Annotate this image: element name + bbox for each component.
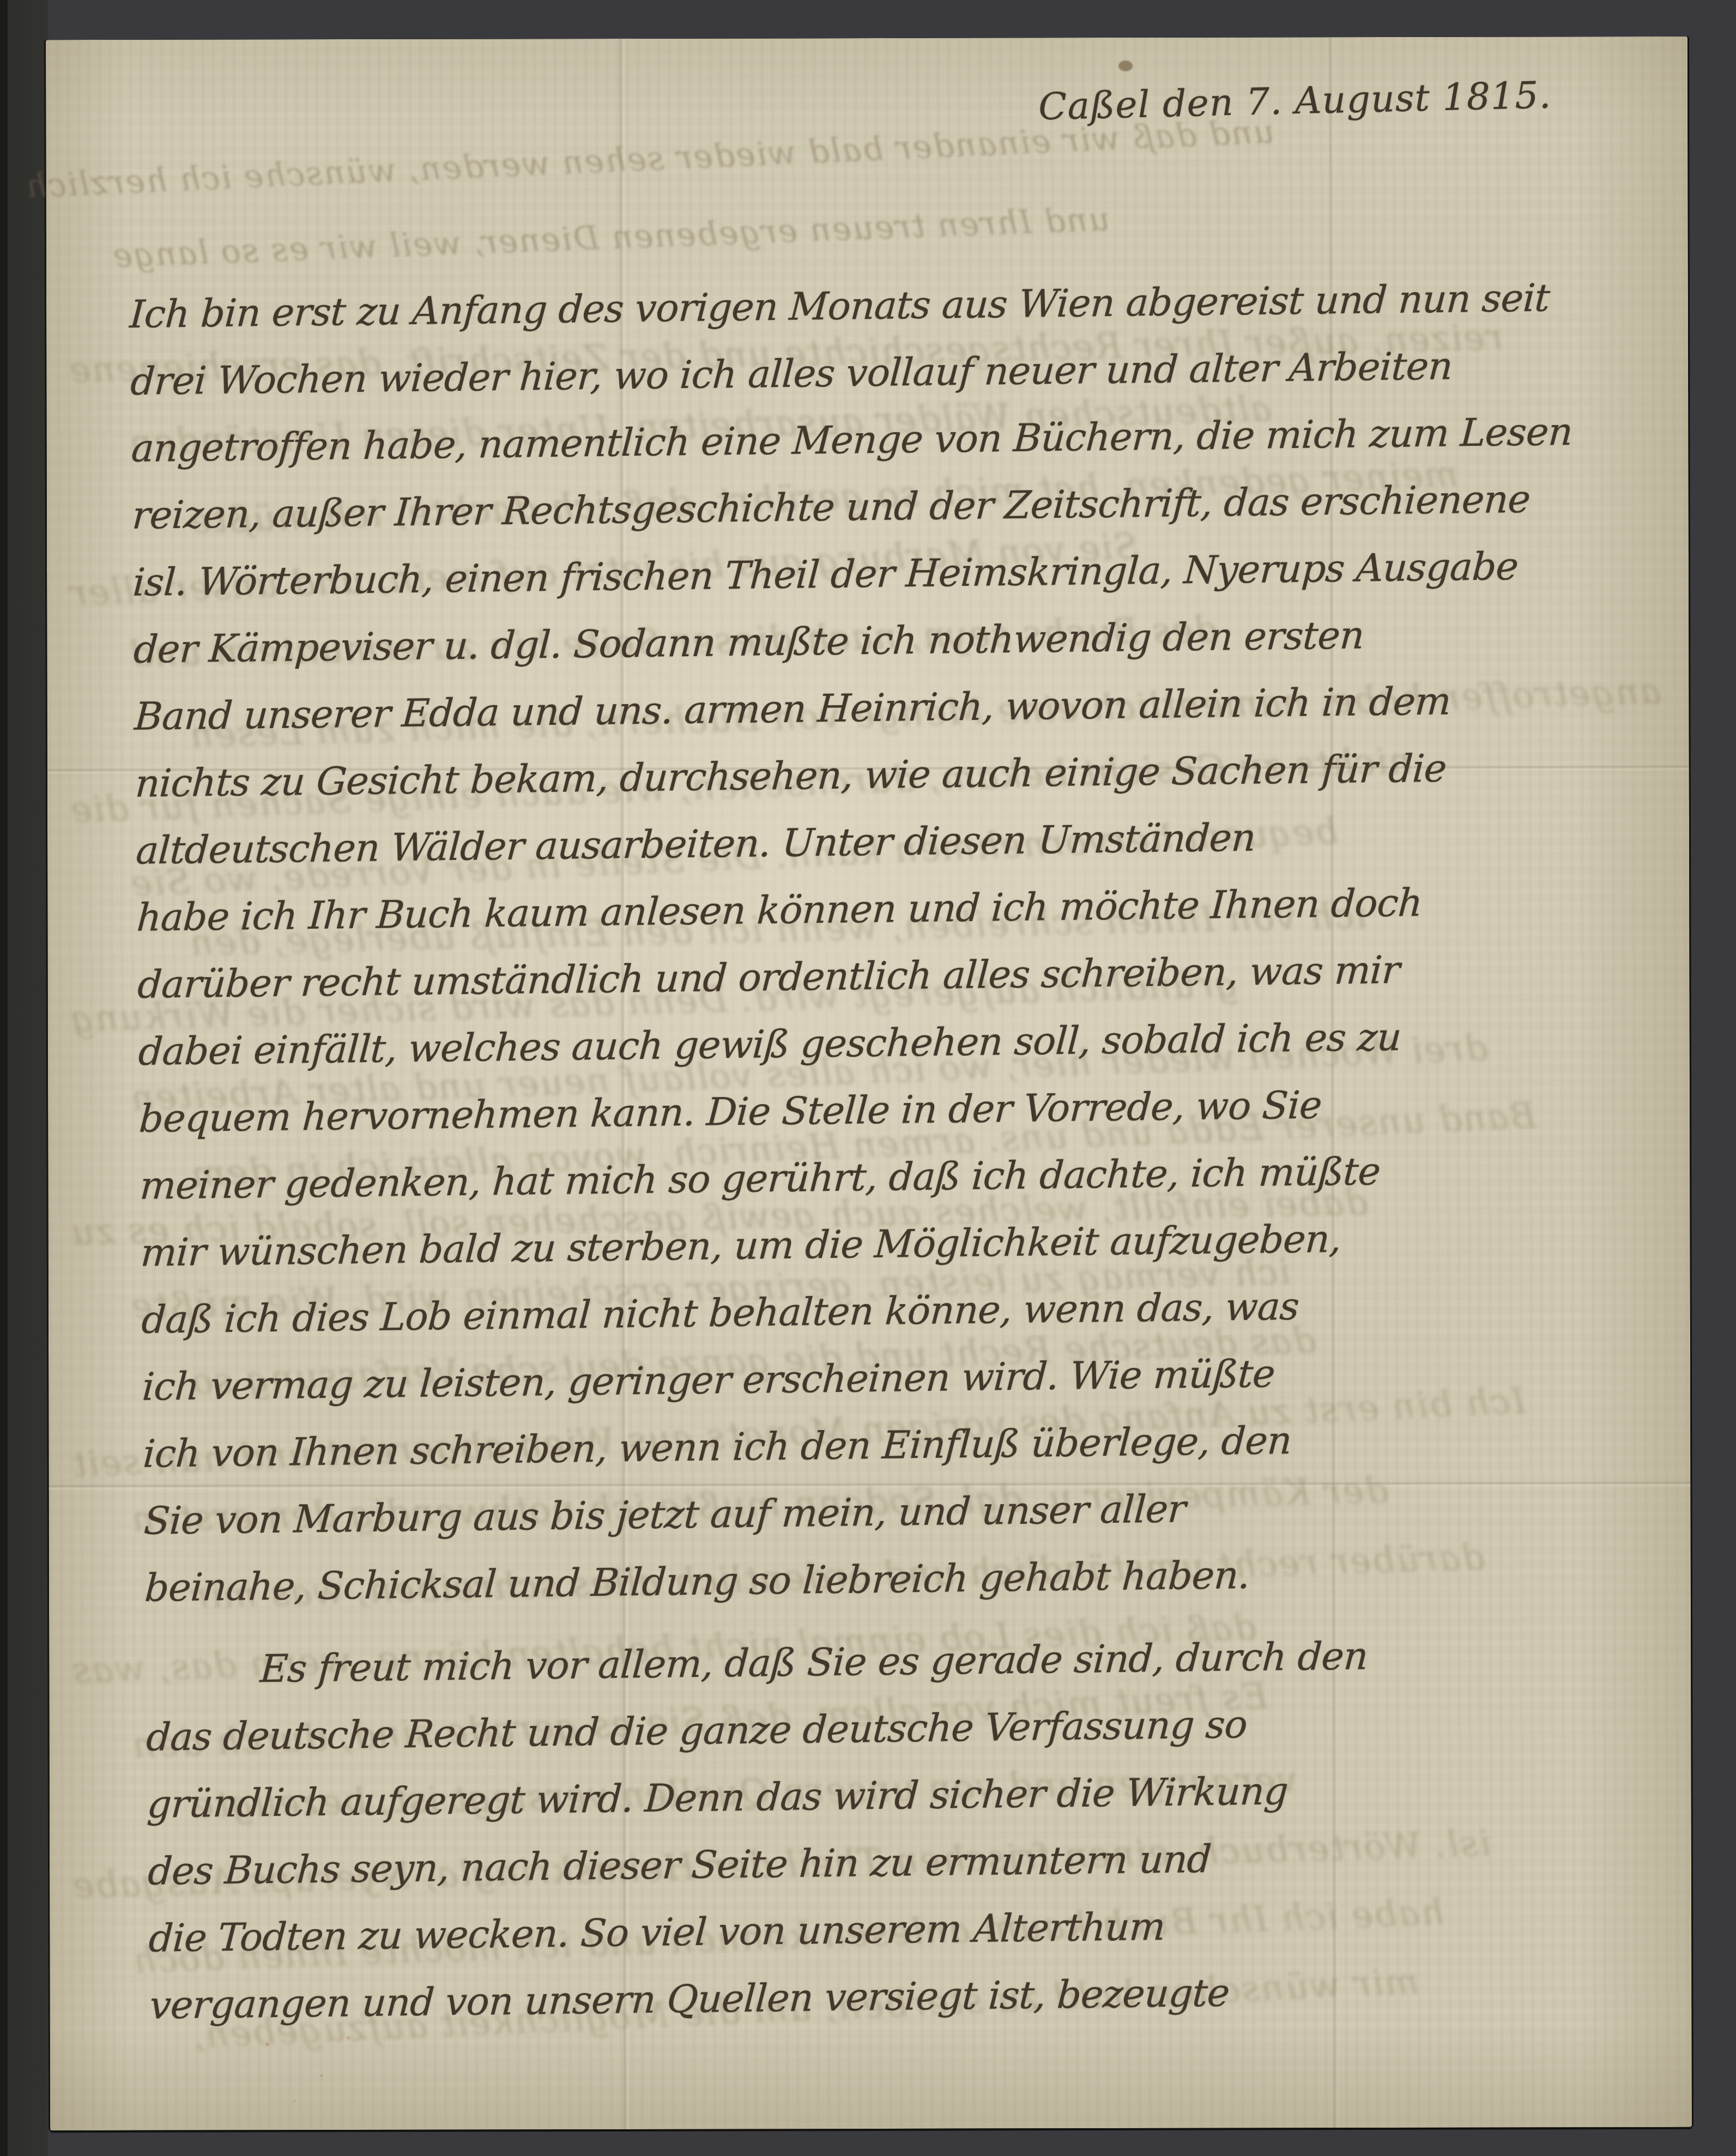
scan-background: und daß wir einander bald wieder sehen w… [0,0,1736,2156]
letter-body: Ich bin erst zu Anfang des vorigen Monat… [129,264,1622,2039]
ink-bleedthrough-line: und Ihren treuen ergebenen Diener, weil … [111,200,1110,275]
letter-page: und daß wir einander bald wieder sehen w… [46,37,1692,2130]
paragraph-2: Es freut mich vor allem, daß Sie es gera… [146,1620,1622,2039]
ink-bleedthrough-layer: und daß wir einander bald wieder sehen w… [46,37,1687,40]
dateline: Caßel den 7. August 1815. [1038,74,1552,129]
ink-fleck [1118,60,1133,71]
paragraph-1: Ich bin erst zu Anfang des vorigen Monat… [129,264,1617,1621]
